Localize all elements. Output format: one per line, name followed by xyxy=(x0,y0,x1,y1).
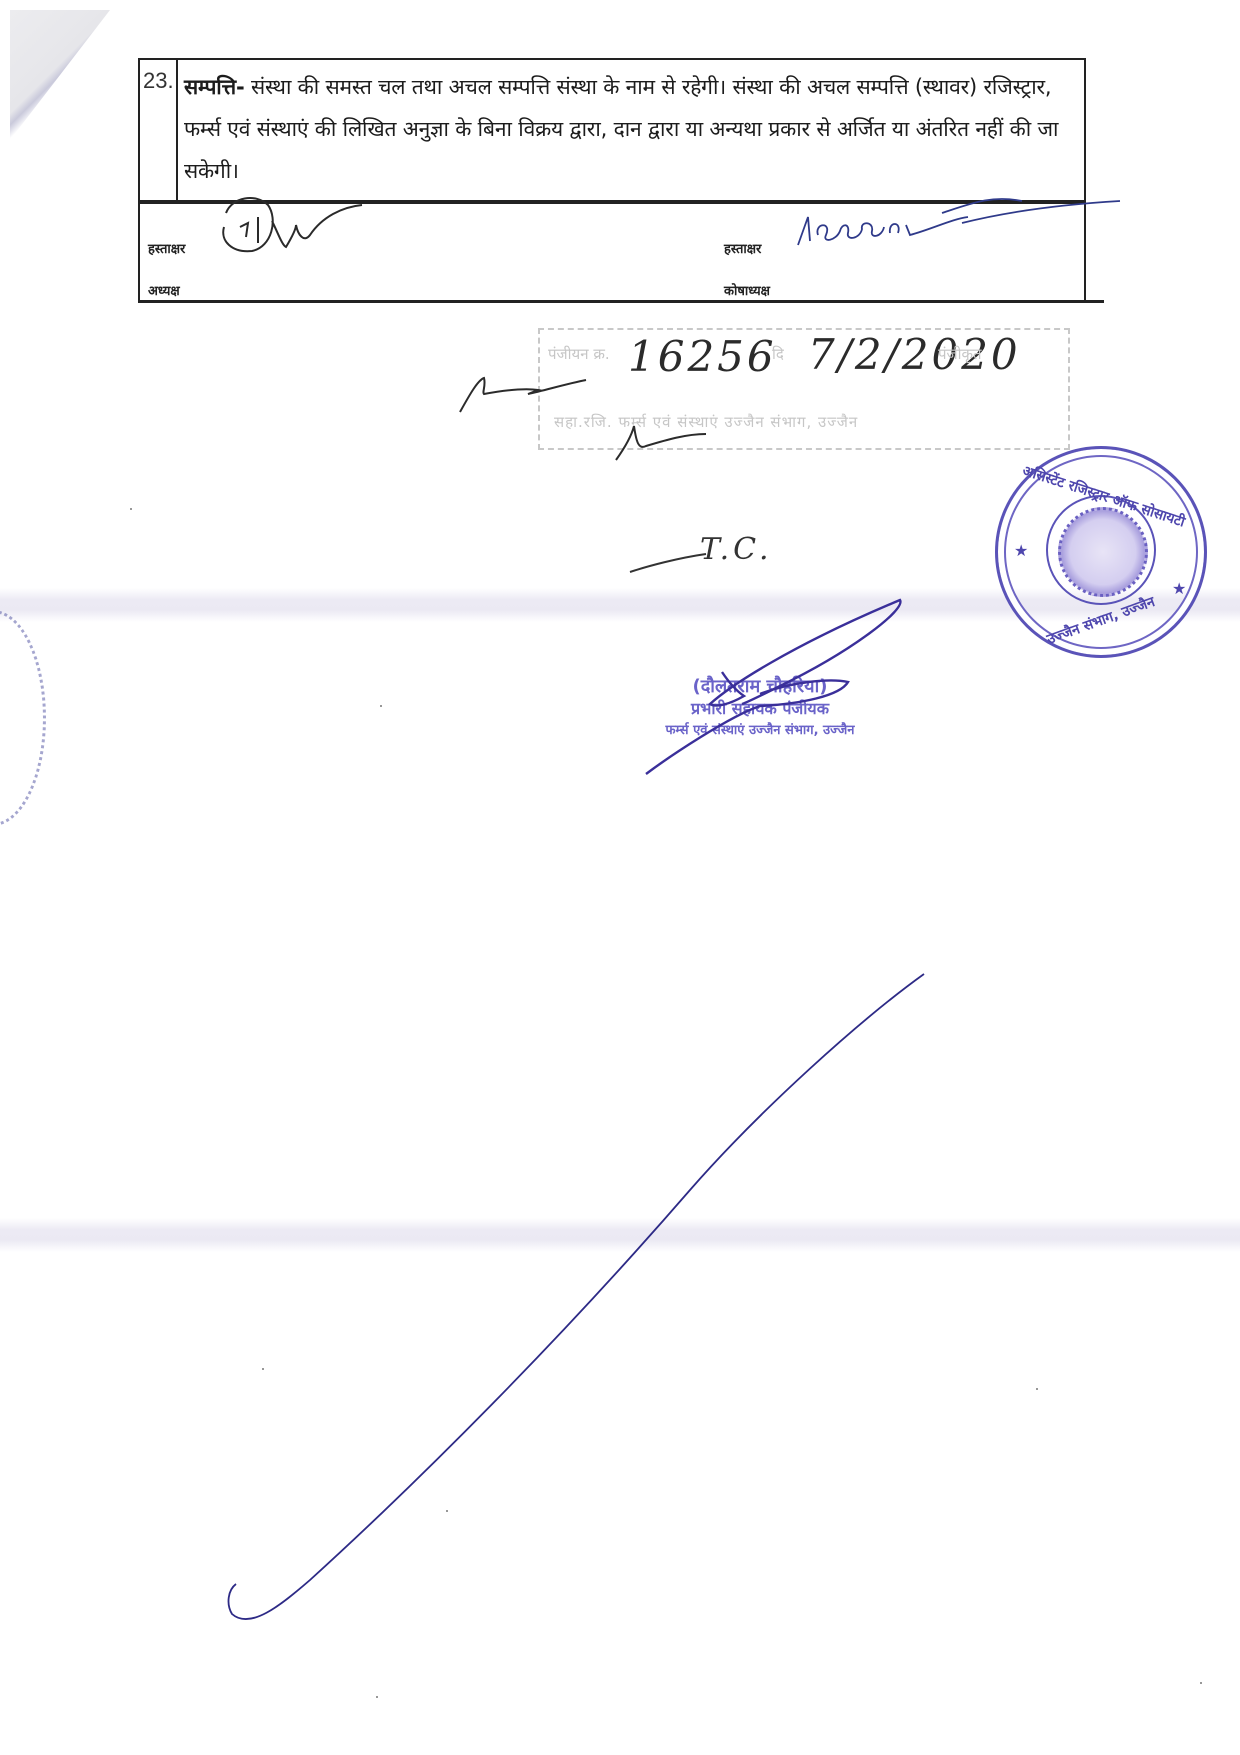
scan-speck xyxy=(1036,1388,1038,1390)
scan-speck xyxy=(262,1368,264,1370)
page-cancellation-stroke xyxy=(0,0,1240,1755)
scan-speck xyxy=(446,1510,448,1512)
scan-speck xyxy=(1200,1682,1202,1684)
scan-speck xyxy=(376,1696,378,1698)
scanned-page: 23. सम्पत्ति- संस्था की समस्त चल तथा अचल… xyxy=(0,0,1240,1755)
scan-speck xyxy=(130,508,132,510)
scan-speck xyxy=(380,705,382,707)
